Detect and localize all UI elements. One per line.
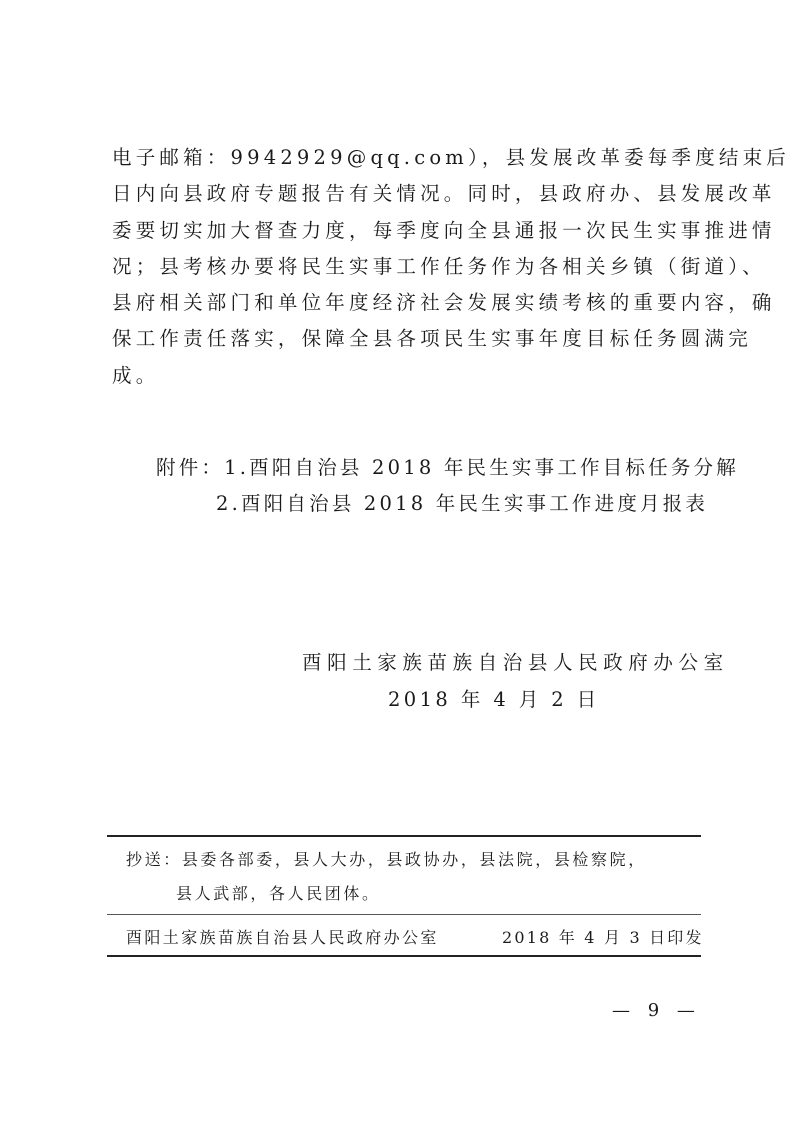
- attachment-title: 1.酉阳自治县 2018 年民生实事工作目标任务分解: [224, 456, 739, 479]
- attachment-title: 2.酉阳自治县 2018 年民生实事工作进度月报表: [216, 492, 708, 515]
- cc-recipients: 县委各部委，县人大办，县政协办，县法院，县检察院，: [182, 850, 647, 869]
- footer-top-rule: [107, 835, 701, 837]
- body-line: 日内向县政府专题报告有关情况。同时，县政府办、县发展改革: [112, 176, 700, 212]
- attachments-label: 附件：: [156, 456, 224, 479]
- body-paragraph: 电子邮箱：9942929@qq.com），县发展改革委每季度结束后 10 日内向…: [112, 140, 700, 394]
- body-line: 委要切实加大督查力度，每季度向全县通报一次民生实事推进情: [112, 213, 700, 249]
- body-line: 电子邮箱：9942929@qq.com），县发展改革委每季度结束后 10: [112, 140, 700, 176]
- attachment-item-2: 2.酉阳自治县 2018 年民生实事工作进度月报表: [216, 488, 708, 516]
- issuing-office: 酉阳土家族苗族自治县人民政府办公室: [126, 925, 439, 948]
- attachment-item-1: 附件：1.酉阳自治县 2018 年民生实事工作目标任务分解: [156, 452, 739, 480]
- signature-organization: 酉阳土家族苗族自治县人民政府办公室: [302, 647, 729, 675]
- issue-date: 2018 年 4 月 3 日印发: [502, 925, 704, 948]
- body-line: 保工作责任落实，保障全县各项民生实事年度目标任务圆满完: [112, 321, 700, 357]
- body-line: 县府相关部门和单位年度经济社会发展实绩考核的重要内容，确: [112, 285, 700, 321]
- signature-date: 2018 年 4 月 2 日: [388, 684, 600, 712]
- body-line: 况；县考核办要将民生实事工作任务作为各相关乡镇（街道）、: [112, 249, 700, 285]
- document-page: 电子邮箱：9942929@qq.com），县发展改革委每季度结束后 10 日内向…: [0, 0, 793, 1122]
- cc-label: 抄送：: [126, 850, 182, 869]
- footer-middle-rule: [107, 914, 701, 915]
- page-number: — 9 —: [612, 1000, 701, 1021]
- cc-recipients-line-2: 县人武部，各人民团体。: [176, 881, 381, 904]
- cc-recipients-line-1: 抄送：县委各部委，县人大办，县政协办，县法院，县检察院，: [126, 847, 647, 870]
- body-line: 成。: [112, 358, 700, 394]
- footer-bottom-rule: [107, 955, 701, 957]
